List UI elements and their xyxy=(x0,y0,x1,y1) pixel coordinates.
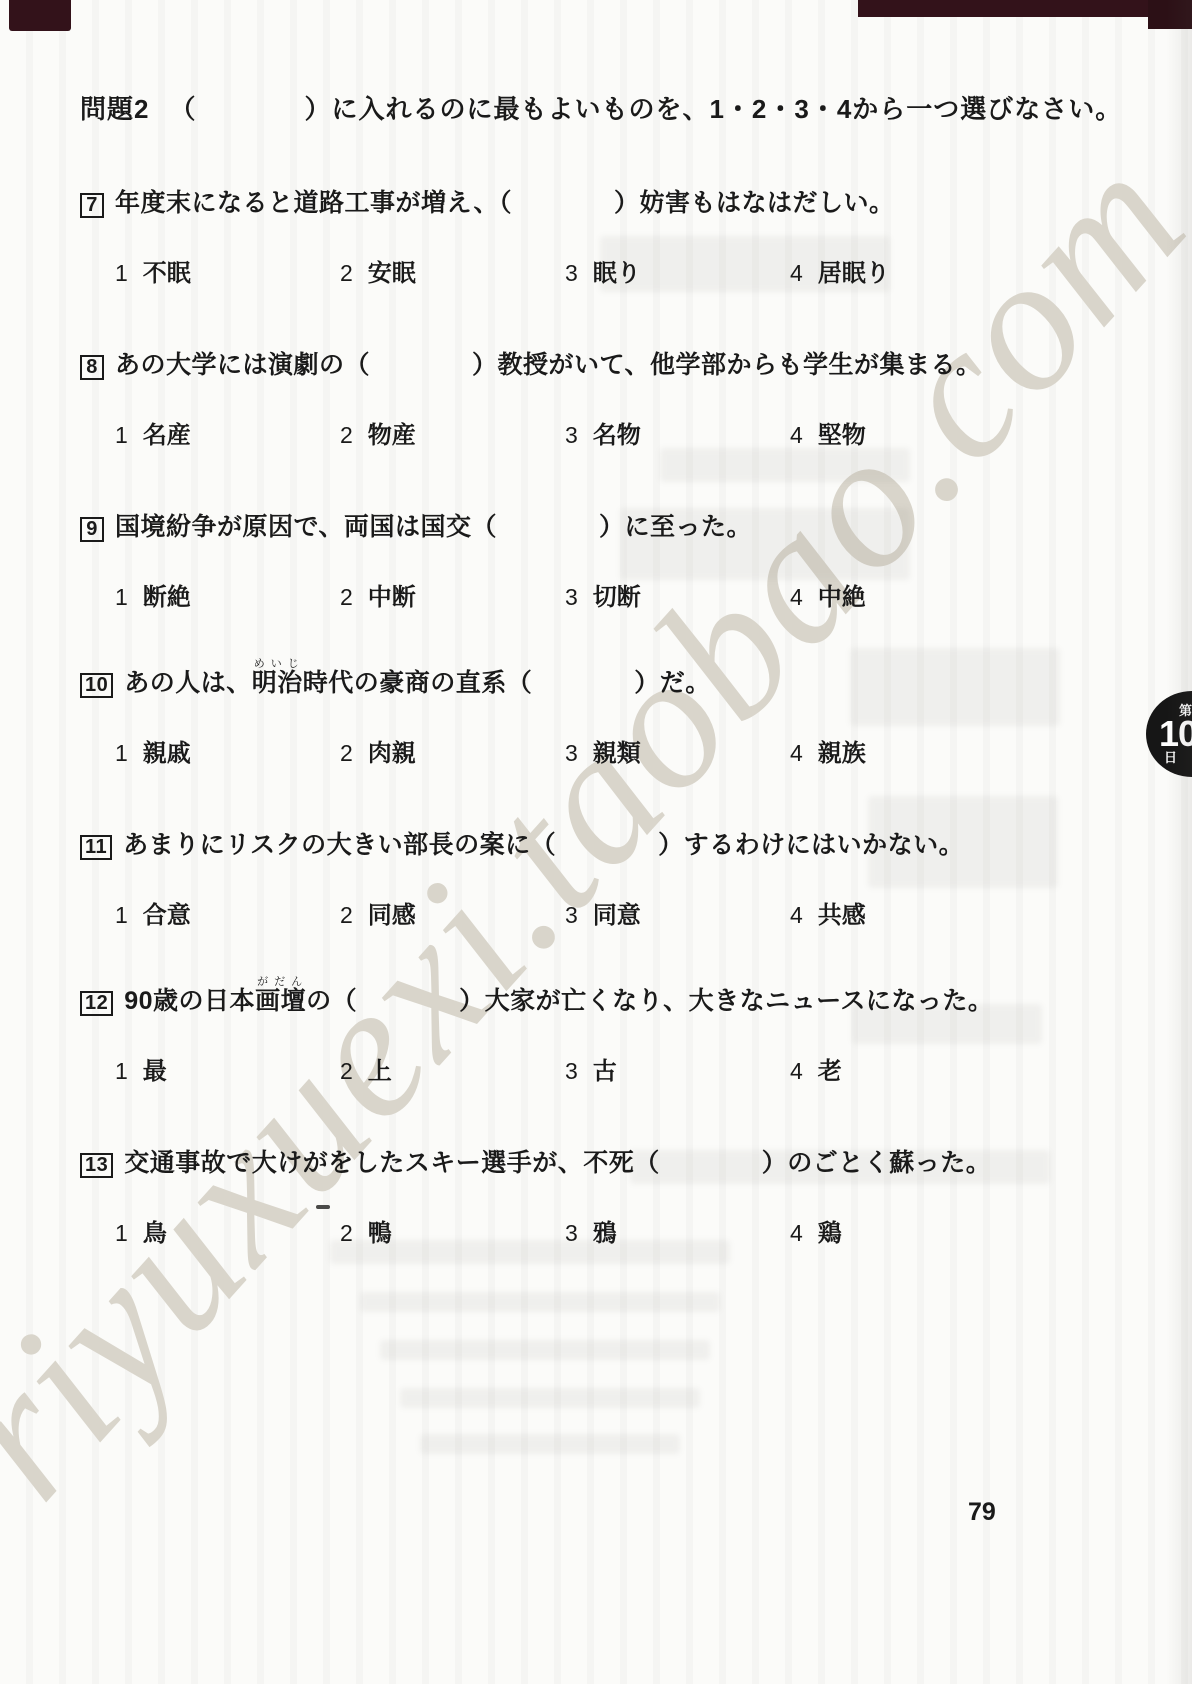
question-number-box: 8 xyxy=(80,355,104,380)
option-number: 4 xyxy=(790,1058,803,1085)
option-text: 最 xyxy=(143,1051,167,1086)
option-4: 4共感 xyxy=(790,895,1192,930)
option-text: 同意 xyxy=(593,895,641,930)
option-text: 切断 xyxy=(593,577,641,612)
question-text: 国境紛争が原因で、両国は国交（ ）に至った。 xyxy=(115,512,752,542)
option-text: 物産 xyxy=(368,415,416,450)
option-number: 1 xyxy=(115,902,128,929)
option-4: 4中絶 xyxy=(790,577,1192,612)
option-number: 2 xyxy=(340,740,353,767)
question-item: 9国境紛争が原因で、両国は国交（ ）に至った。1断絶2中断3切断4中絶 xyxy=(80,512,1192,612)
options-row: 1鳥2鴨3鴉4鶏 xyxy=(115,1213,1192,1248)
option-1: 1親戚 xyxy=(115,733,340,768)
question-text: あまりにリスクの大きい部長の案に（ ）するわけにはいかない。 xyxy=(123,830,964,860)
option-4: 4鶏 xyxy=(790,1213,1192,1248)
bleed-through-artifact xyxy=(420,1434,680,1454)
option-number: 3 xyxy=(565,1220,578,1247)
question-stem: 13交通事故で大けがをしたスキー選手が、不死（ ）のごとく蘇った。 xyxy=(80,1148,1192,1178)
option-number: 2 xyxy=(340,1220,353,1247)
option-2: 2上 xyxy=(340,1051,565,1086)
option-text: 名産 xyxy=(143,415,191,450)
option-3: 3古 xyxy=(565,1051,790,1086)
option-text: 居眠り xyxy=(818,253,890,288)
option-text: 安眠 xyxy=(368,253,416,288)
option-4: 4老 xyxy=(790,1051,1192,1086)
option-2: 2物産 xyxy=(340,415,565,450)
page-number: 79 xyxy=(968,1498,996,1527)
option-number: 3 xyxy=(565,260,578,287)
option-text: 鴉 xyxy=(593,1213,617,1248)
question-text: 交通事故で大けがをしたスキー選手が、不死（ ）のごとく蘇った。 xyxy=(124,1148,991,1178)
option-text: 鳥 xyxy=(143,1213,167,1248)
option-number: 4 xyxy=(790,584,803,611)
scan-artifact-dash xyxy=(316,1205,330,1209)
bleed-through-artifact xyxy=(360,1292,720,1312)
options-row: 1不眠2安眠3眠り4居眠り xyxy=(115,253,1192,288)
option-number: 3 xyxy=(565,584,578,611)
option-3: 3名物 xyxy=(565,415,790,450)
option-number: 4 xyxy=(790,260,803,287)
option-text: 中絶 xyxy=(818,577,866,612)
option-4: 4居眠り xyxy=(790,253,1192,288)
option-2: 2肉親 xyxy=(340,733,565,768)
question-number-box: 12 xyxy=(80,991,113,1016)
option-3: 3眠り xyxy=(565,253,790,288)
option-2: 2安眠 xyxy=(340,253,565,288)
question-text: あの人は、明治めいじ時代の豪商の直系（ ）だ。 xyxy=(124,658,711,698)
scan-artifact-top-right xyxy=(858,0,1192,17)
option-number: 2 xyxy=(340,422,353,449)
options-row: 1最2上3古4老 xyxy=(115,1051,1192,1086)
option-number: 3 xyxy=(565,902,578,929)
question-item: 8あの大学には演劇の（ ）教授がいて、他学部からも学生が集まる。1名産2物産3名… xyxy=(80,350,1192,450)
option-text: 肉親 xyxy=(368,733,416,768)
option-text: 眠り xyxy=(593,253,641,288)
option-text: 断絶 xyxy=(143,577,191,612)
option-text: 上 xyxy=(368,1051,392,1086)
option-number: 2 xyxy=(340,584,353,611)
option-2: 2同感 xyxy=(340,895,565,930)
option-text: 親類 xyxy=(593,733,641,768)
option-3: 3同意 xyxy=(565,895,790,930)
section-header: 問題2 （ ）に入れるのに最もよいものを、1・2・3・4から一つ選びなさい。 xyxy=(80,94,1192,126)
day-tab-suffix: 日 xyxy=(1164,751,1177,764)
option-text: 鴨 xyxy=(368,1213,392,1248)
page-content: 問題2 （ ）に入れるのに最もよいものを、1・2・3・4から一つ選びなさい。 7… xyxy=(0,94,1192,1248)
option-text: 堅物 xyxy=(818,415,866,450)
day-tab-number: 10 xyxy=(1159,717,1192,751)
question-item: 1290歳の日本画壇がだんの（ ）大家が亡くなり、大きなニュースになった。1最2… xyxy=(80,976,1192,1086)
question-number-box: 13 xyxy=(80,1153,113,1178)
option-text: 合意 xyxy=(143,895,191,930)
option-text: 中断 xyxy=(368,577,416,612)
question-text: 90歳の日本画壇がだんの（ ）大家が亡くなり、大きなニュースになった。 xyxy=(124,976,993,1016)
instruction-text: （ ）に入れるのに最もよいものを、1・2・3・4から一つ選びなさい。 xyxy=(169,89,1122,126)
option-number: 1 xyxy=(115,740,128,767)
option-1: 1名産 xyxy=(115,415,340,450)
question-number-box: 9 xyxy=(80,517,104,542)
option-text: 鶏 xyxy=(818,1213,842,1248)
option-number: 1 xyxy=(115,1220,128,1247)
option-3: 3切断 xyxy=(565,577,790,612)
question-stem: 1290歳の日本画壇がだんの（ ）大家が亡くなり、大きなニュースになった。 xyxy=(80,976,1192,1016)
option-text: 同感 xyxy=(368,895,416,930)
question-item: 10あの人は、明治めいじ時代の豪商の直系（ ）だ。1親戚2肉親3親類4親族 xyxy=(80,658,1192,768)
option-number: 3 xyxy=(565,740,578,767)
option-3: 3鴉 xyxy=(565,1213,790,1248)
option-3: 3親類 xyxy=(565,733,790,768)
option-4: 4堅物 xyxy=(790,415,1192,450)
options-row: 1断絶2中断3切断4中絶 xyxy=(115,577,1192,612)
option-2: 2中断 xyxy=(340,577,565,612)
option-text: 親族 xyxy=(818,733,866,768)
question-text: あの大学には演劇の（ ）教授がいて、他学部からも学生が集まる。 xyxy=(115,350,982,380)
problem-label: 問題2 xyxy=(80,89,149,126)
question-number-box: 11 xyxy=(80,835,112,860)
option-number: 2 xyxy=(340,260,353,287)
option-text: 共感 xyxy=(818,895,866,930)
question-stem: 9国境紛争が原因で、両国は国交（ ）に至った。 xyxy=(80,512,1192,542)
question-stem: 7年度末になると道路工事が増え、（ ）妨害もはなはだしい。 xyxy=(80,188,1192,218)
option-2: 2鴨 xyxy=(340,1213,565,1248)
question-item: 7年度末になると道路工事が増え、（ ）妨害もはなはだしい。1不眠2安眠3眠り4居… xyxy=(80,188,1192,288)
option-text: 老 xyxy=(818,1051,842,1086)
question-stem: 10あの人は、明治めいじ時代の豪商の直系（ ）だ。 xyxy=(80,658,1192,698)
option-number: 4 xyxy=(790,422,803,449)
option-4: 4親族 xyxy=(790,733,1192,768)
option-text: 古 xyxy=(593,1051,617,1086)
question-number-box: 7 xyxy=(80,193,104,218)
options-row: 1名産2物産3名物4堅物 xyxy=(115,415,1192,450)
option-number: 1 xyxy=(115,422,128,449)
scan-artifact-top-left xyxy=(9,0,71,31)
option-number: 1 xyxy=(115,260,128,287)
option-number: 2 xyxy=(340,902,353,929)
question-list: 7年度末になると道路工事が増え、（ ）妨害もはなはだしい。1不眠2安眠3眠り4居… xyxy=(0,188,1192,1248)
option-number: 1 xyxy=(115,584,128,611)
option-1: 1鳥 xyxy=(115,1213,340,1248)
question-stem: 11あまりにリスクの大きい部長の案に（ ）するわけにはいかない。 xyxy=(80,830,1192,860)
option-number: 2 xyxy=(340,1058,353,1085)
option-1: 1最 xyxy=(115,1051,340,1086)
option-number: 1 xyxy=(115,1058,128,1085)
option-number: 4 xyxy=(790,902,803,929)
options-row: 1合意2同感3同意4共感 xyxy=(115,895,1192,930)
question-stem: 8あの大学には演劇の（ ）教授がいて、他学部からも学生が集まる。 xyxy=(80,350,1192,380)
question-item: 13交通事故で大けがをしたスキー選手が、不死（ ）のごとく蘇った。1鳥2鴨3鴉4… xyxy=(80,1148,1192,1248)
scan-artifact-top-right-corner xyxy=(1148,0,1192,29)
question-item: 11あまりにリスクの大きい部長の案に（ ）するわけにはいかない。1合意2同感3同… xyxy=(80,830,1192,930)
option-text: 親戚 xyxy=(143,733,191,768)
option-number: 3 xyxy=(565,422,578,449)
option-number: 4 xyxy=(790,740,803,767)
option-text: 不眠 xyxy=(143,253,191,288)
option-1: 1断絶 xyxy=(115,577,340,612)
bleed-through-artifact xyxy=(380,1340,710,1360)
option-number: 3 xyxy=(565,1058,578,1085)
option-text: 名物 xyxy=(593,415,641,450)
question-number-box: 10 xyxy=(80,673,113,698)
option-1: 1不眠 xyxy=(115,253,340,288)
option-1: 1合意 xyxy=(115,895,340,930)
option-number: 4 xyxy=(790,1220,803,1247)
question-text: 年度末になると道路工事が増え、（ ）妨害もはなはだしい。 xyxy=(115,188,895,218)
options-row: 1親戚2肉親3親類4親族 xyxy=(115,733,1192,768)
bleed-through-artifact xyxy=(400,1388,700,1408)
worksheet-page: riyuxuexi.taobao.com 問題2 （ ）に入れるのに最もよいもの… xyxy=(0,0,1192,1684)
